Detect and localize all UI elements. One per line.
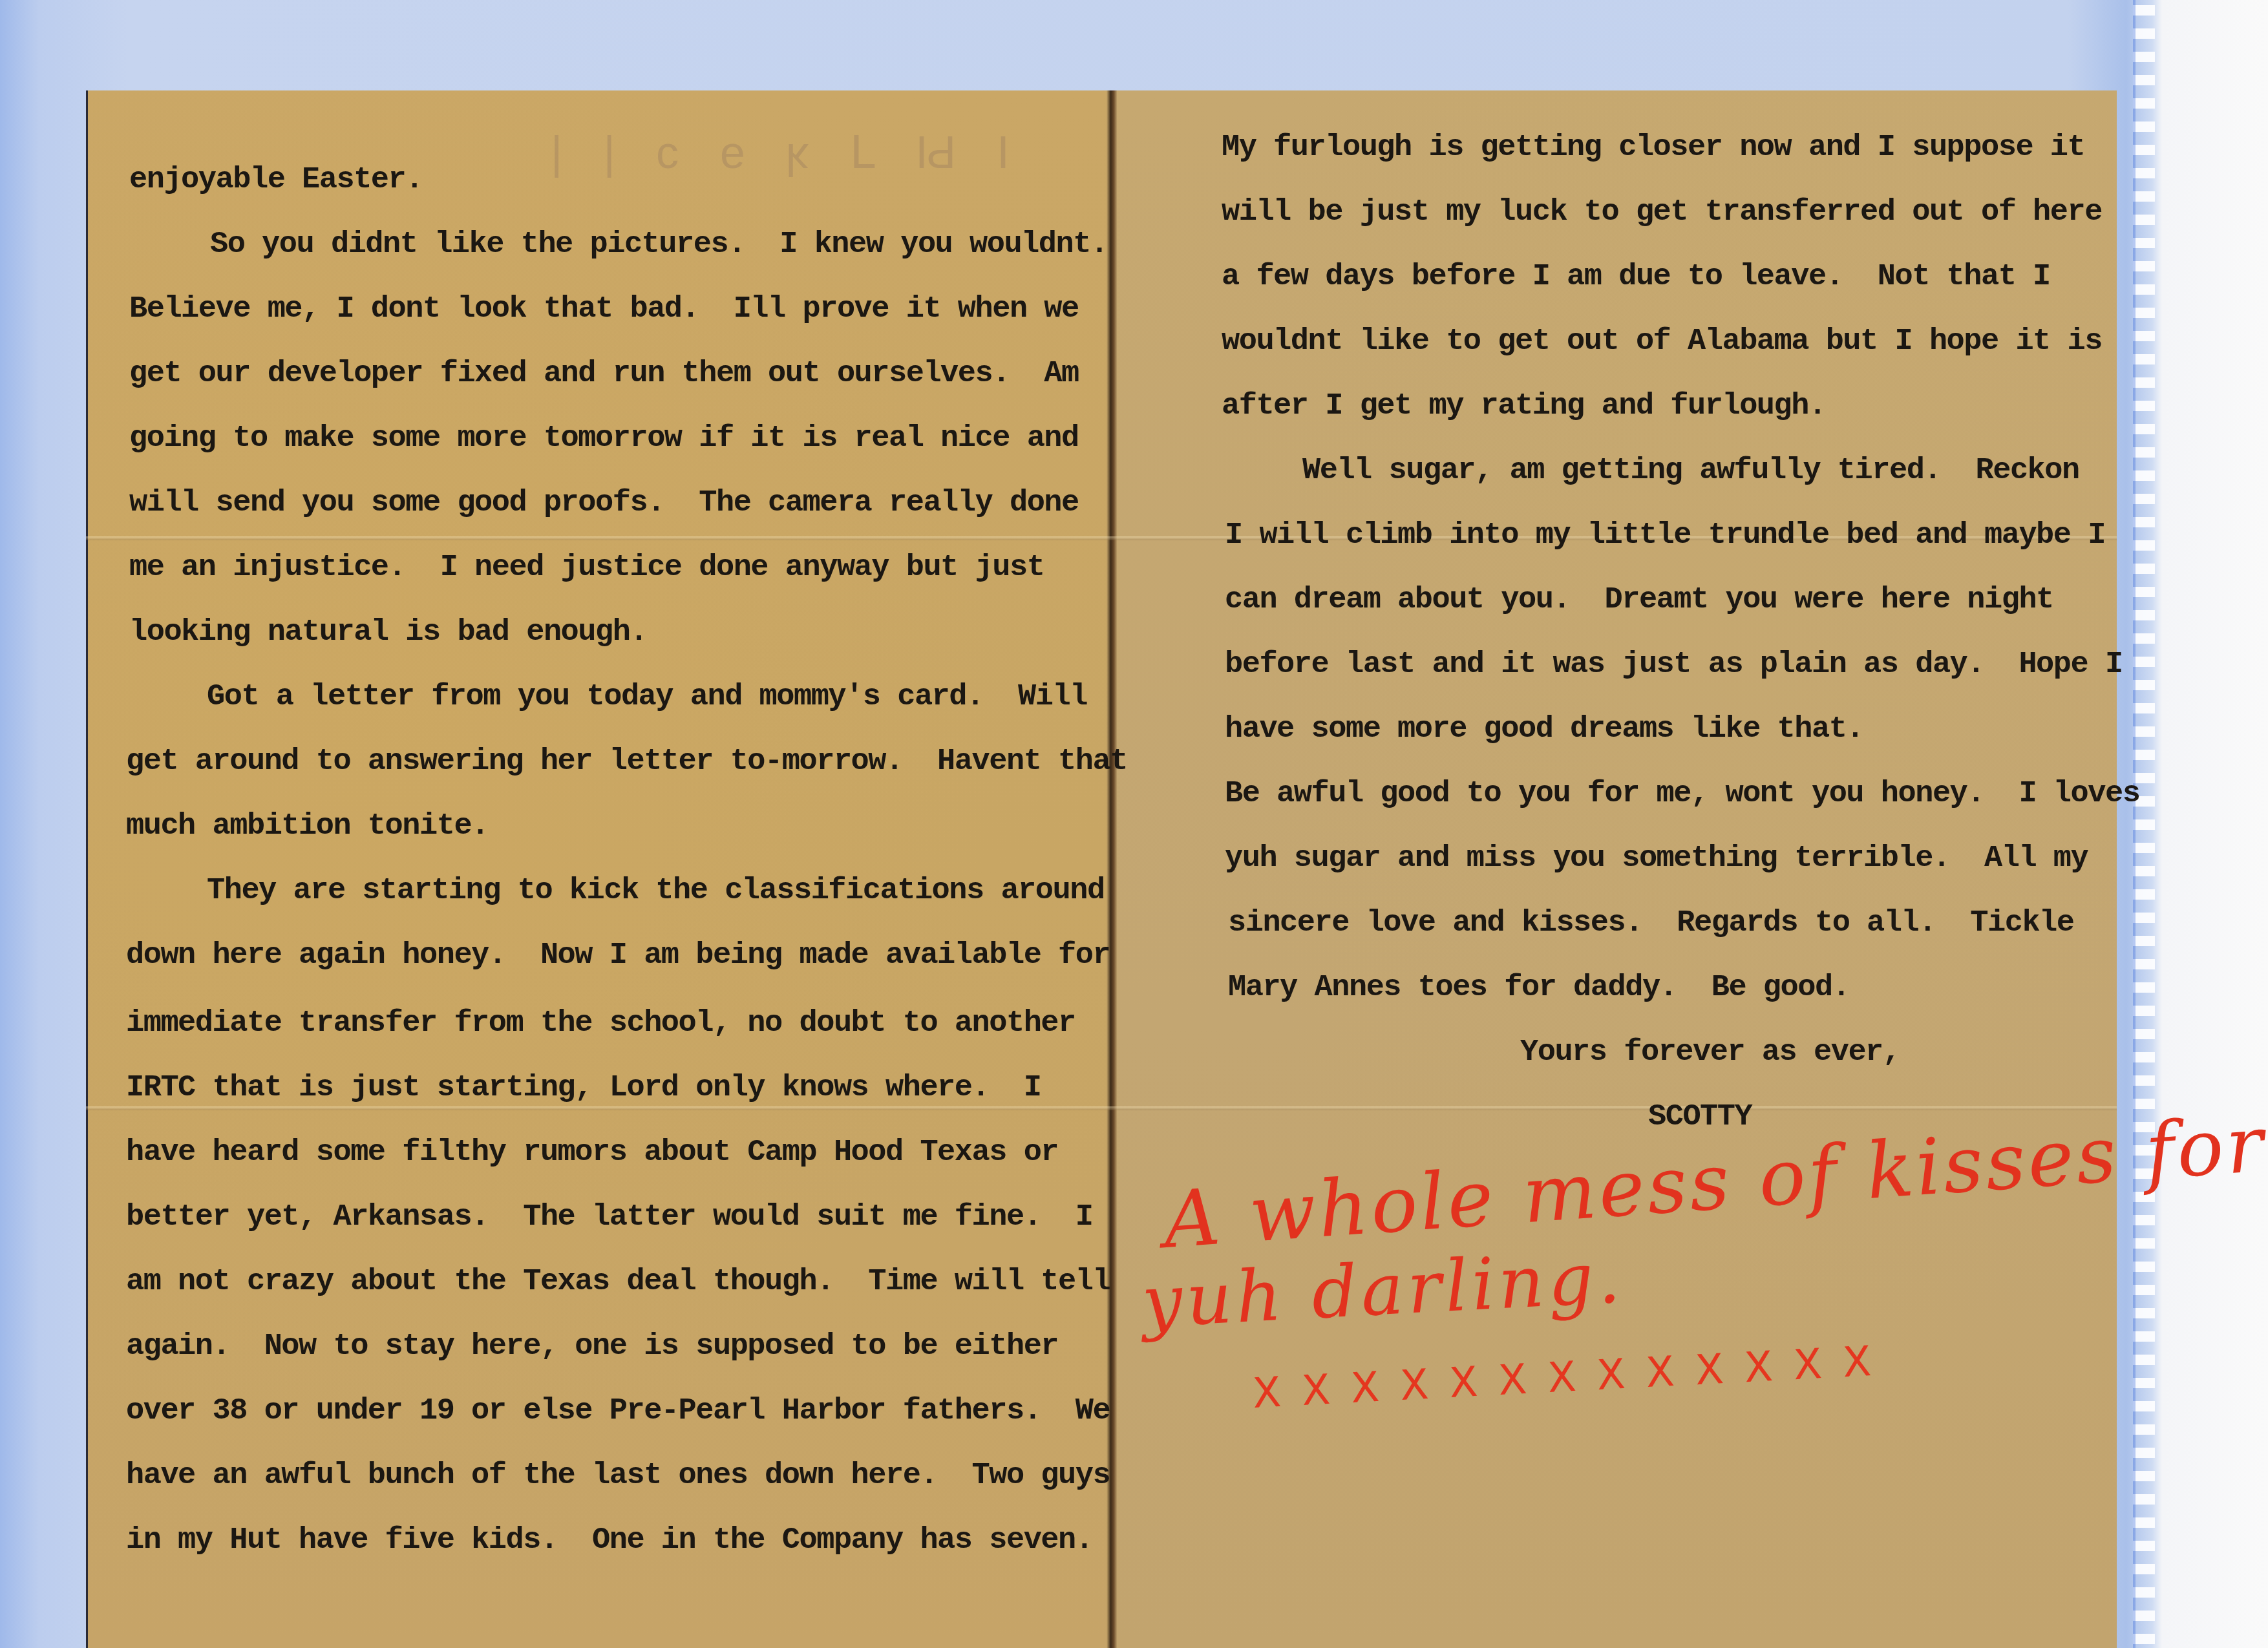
letter-line: get around to answering her letter to-mo… — [126, 746, 1127, 777]
letter-line: IRTC that is just starting, Lord only kn… — [126, 1073, 1041, 1103]
letter-line: again. Now to stay here, one is supposed… — [126, 1331, 1058, 1362]
letter-line: immediate transfer from the school, no d… — [126, 1008, 1076, 1039]
bleed-through-text: I Ы ⅃ ʞ ɘ ɔ | | — [536, 126, 1010, 179]
letter-line: looking natural is bad enough. — [129, 617, 647, 648]
letter-line: can dream about you. Dreamt you were her… — [1225, 585, 2053, 615]
letter-closing: Yours forever as ever, — [1520, 1037, 1900, 1068]
letter-line: going to make some more tomorrow if it i… — [129, 423, 1079, 454]
letter-line: better yet, Arkansas. The latter would s… — [126, 1202, 1092, 1232]
letter-line: My furlough is getting closer now and I … — [1222, 132, 2084, 163]
letter-line: before last and it was just as plain as … — [1225, 650, 2123, 680]
letter-line: Mary Annes toes for daddy. Be good. — [1228, 973, 1849, 1003]
letter-line: They are starting to kick the classifica… — [207, 876, 1105, 906]
letter-line: Be awful good to you for me, wont you ho… — [1225, 779, 2139, 809]
letter-line: will be just my luck to get transferred … — [1222, 197, 2102, 227]
letter-line: will send you some good proofs. The came… — [129, 488, 1079, 518]
letter-line: get our developer fixed and run them out… — [129, 359, 1079, 389]
letter-line: Believe me, I dont look that bad. Ill pr… — [129, 294, 1079, 324]
letter-line: enjoyable Easter. — [129, 165, 423, 195]
letter-line: over 38 or under 19 or else Pre-Pearl Ha… — [126, 1396, 1110, 1426]
letter-line: yuh sugar and miss you something terribl… — [1225, 843, 2088, 874]
letter-line: down here again honey. Now I am being ma… — [126, 940, 1110, 971]
letter-line: am not crazy about the Texas deal though… — [126, 1267, 1110, 1297]
letter-line: me an injustice. I need justice done any… — [129, 553, 1044, 583]
letter-line: I will climb into my little trundle bed … — [1225, 520, 2105, 551]
letter-line: Got a letter from you today and mommy's … — [207, 682, 1087, 712]
letter-line: have some more good dreams like that. — [1225, 714, 1863, 745]
letter-line: wouldnt like to get out of Alabama but I… — [1222, 326, 2102, 357]
letter-line: have heard some filthy rumors about Camp… — [126, 1137, 1058, 1168]
letter-line: much ambition tonite. — [126, 811, 489, 841]
letter-line: sincere love and kisses. Regards to all.… — [1228, 908, 2074, 938]
sheet-protector-edge — [2133, 0, 2155, 1648]
letter-line: Well sugar, am getting awfully tired. Re… — [1302, 456, 2079, 486]
letter-line: have an awful bunch of the last ones dow… — [126, 1461, 1110, 1491]
horizontal-crease — [86, 1106, 2117, 1110]
letter-line: after I get my rating and furlough. — [1222, 391, 1826, 421]
letter-line: So you didnt like the pictures. I knew y… — [210, 229, 1108, 260]
letter-line: in my Hut have five kids. One in the Com… — [126, 1525, 1092, 1556]
letter-signature: SCOTTY — [1648, 1102, 1752, 1132]
letter-line: a few days before I am due to leave. Not… — [1222, 262, 2050, 292]
